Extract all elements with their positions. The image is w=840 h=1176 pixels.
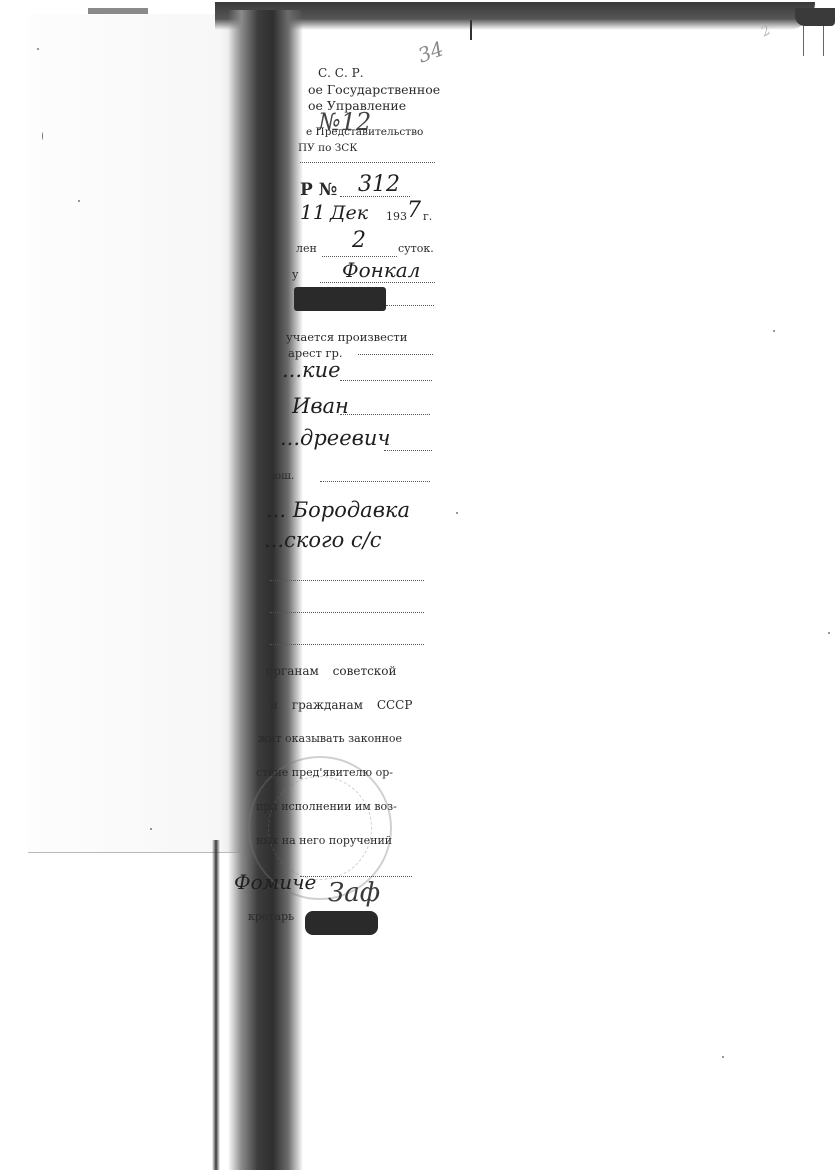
binding-shadow-top xyxy=(215,2,815,30)
header-line-1: С. С. Р. xyxy=(318,66,364,80)
order-number-label: Р № xyxy=(300,180,337,200)
scan-speck xyxy=(773,330,775,332)
scanned-document: 34 2 С. С. Р. ое Государственное ое Упра… xyxy=(0,0,840,1176)
dotted-line xyxy=(270,580,424,581)
validity-unit: суток. xyxy=(398,242,434,255)
validity-value: 2 xyxy=(352,228,366,253)
order-date-month: Дек xyxy=(330,202,368,224)
residence-line-2: ...ского с/с xyxy=(264,528,382,552)
secretary-label: кретарь xyxy=(248,910,294,923)
dotted-line xyxy=(300,876,412,877)
scan-speck xyxy=(722,1056,724,1058)
binding-edge xyxy=(212,840,220,1170)
order-date-day: 11 xyxy=(300,200,325,224)
dotted-line xyxy=(270,612,424,613)
residence-label: юш. xyxy=(272,470,294,482)
clip-line xyxy=(823,26,824,56)
dotted-line xyxy=(270,644,424,645)
order-number-value: 312 xyxy=(358,172,400,197)
dotted-line xyxy=(340,196,410,197)
dotted-line xyxy=(358,354,433,355)
scan-speck xyxy=(78,200,80,202)
legal-text-line-4: ствие пред'явителю ор- xyxy=(256,766,393,779)
chief-signature: Фомиче xyxy=(234,870,316,894)
binding-gutter xyxy=(228,10,303,1170)
redacted-secretary-name xyxy=(305,911,378,935)
redacted-name-block xyxy=(294,287,386,311)
legal-text-line-1: органам советской xyxy=(266,664,397,678)
header-line-2: ое Государственное xyxy=(308,82,440,97)
dotted-line xyxy=(320,282,435,283)
order-year-suffix: г. xyxy=(423,210,432,223)
dotted-line xyxy=(384,450,432,451)
legal-text-line-3: жит оказывать законное xyxy=(258,732,402,745)
archive-sheet-number: 34 xyxy=(415,36,447,67)
header-line-5: ПУ по ЗСК xyxy=(298,142,357,154)
binding-clip xyxy=(795,8,835,26)
scan-speck xyxy=(42,132,43,140)
residence-line-1: ... Бородавка xyxy=(266,498,410,522)
dotted-line xyxy=(386,305,434,306)
overlapping-left-page xyxy=(28,14,254,853)
scan-speck xyxy=(37,48,39,50)
legal-text-line-2: и гражданам СССР xyxy=(270,698,412,712)
page-edge-mark xyxy=(470,20,472,40)
dotted-line xyxy=(320,481,430,482)
validity-label: лен xyxy=(296,242,317,255)
instruction-line-1: учается произвести xyxy=(286,330,407,344)
second-signature: Заф xyxy=(328,878,380,908)
legal-text-line-5: при исполнении им воз- xyxy=(256,800,397,813)
scan-speck xyxy=(828,632,830,634)
dotted-line xyxy=(322,256,397,257)
dotted-line xyxy=(340,414,430,415)
dotted-line xyxy=(300,162,435,163)
order-year-handwritten: 7 xyxy=(407,198,421,223)
header-line-4: е Представительство xyxy=(306,126,423,138)
order-year-printed: 193 xyxy=(386,210,407,223)
scan-speck xyxy=(150,828,152,830)
legal-text-line-6: ных на него поручений xyxy=(256,834,392,847)
clip-line xyxy=(803,26,804,56)
scan-speck xyxy=(456,512,458,514)
issued-to-label: у xyxy=(292,268,298,281)
dotted-line xyxy=(340,380,432,381)
arrestee-patronymic: ...дреевич xyxy=(280,426,390,450)
issued-to-value: Фонкал xyxy=(342,258,420,282)
arrestee-surname: ...кие xyxy=(282,358,341,382)
